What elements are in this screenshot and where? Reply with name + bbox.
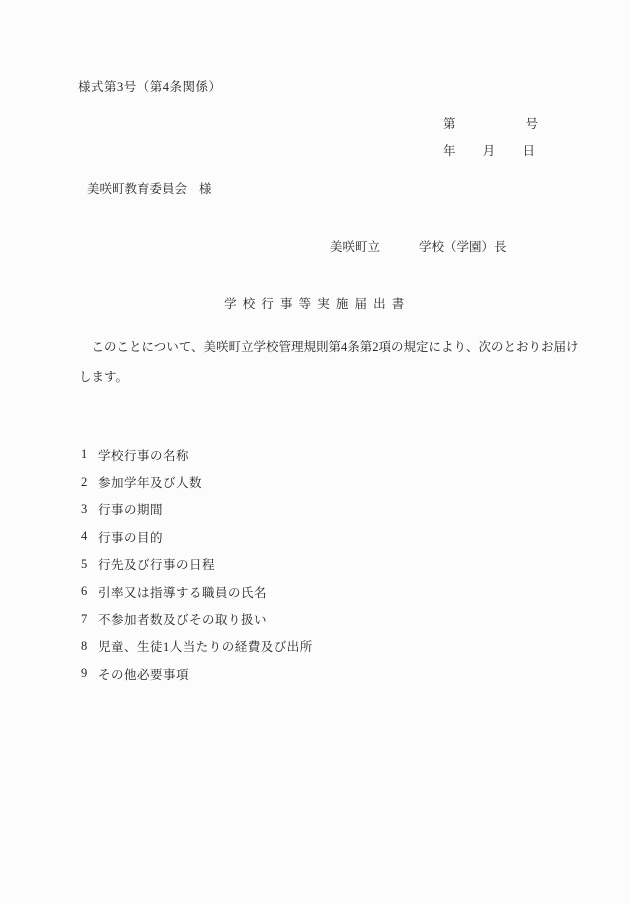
- item-number: 5: [81, 557, 98, 572]
- document-title: 学 校 行 事 等 実 施 届 出 書: [0, 294, 630, 312]
- list-item: 9 その他必要事項: [81, 660, 313, 687]
- doc-number-prefix: 第: [443, 114, 456, 132]
- sender-suffix: 学校（学園）長: [419, 237, 507, 255]
- item-label: 引率又は指導する職員の氏名: [98, 583, 267, 601]
- item-number: 3: [81, 502, 98, 517]
- item-number: 6: [81, 584, 98, 599]
- list-item: 3 行事の期間: [81, 496, 313, 523]
- addressee-line: 美咲町教育委員会 様: [87, 179, 212, 197]
- form-style-label: 様式第3号（第4条関係）: [78, 77, 222, 95]
- list-item: 2 参加学年及び人数: [81, 468, 313, 495]
- item-number: 9: [81, 666, 98, 681]
- body-paragraph: このことについて、美咲町立学校管理規則第4条第2項の規定により、次のとおりお届け…: [79, 332, 584, 392]
- list-item: 7 不参加者数及びその取り扱い: [81, 605, 313, 632]
- document-page: 様式第3号（第4条関係） 第 号 年 月 日 美咲町教育委員会 様 美咲町立 学…: [0, 0, 630, 903]
- item-number: 8: [81, 639, 98, 654]
- list-item: 4 行事の目的: [81, 523, 313, 550]
- item-number: 1: [81, 447, 98, 462]
- date-line: 年 月 日: [443, 141, 535, 159]
- doc-number-suffix: 号: [525, 114, 538, 132]
- date-year-label: 年: [443, 141, 456, 159]
- item-number: 2: [81, 475, 98, 490]
- sender-line: 美咲町立 学校（学園）長: [330, 237, 507, 255]
- list-item: 8 児童、生徒1人当たりの経費及び出所: [81, 633, 313, 660]
- list-item: 5 行先及び行事の日程: [81, 551, 313, 578]
- item-label: 行事の目的: [98, 528, 163, 546]
- item-label: 行事の期間: [98, 500, 163, 518]
- item-label: 行先及び行事の日程: [98, 555, 215, 573]
- list-item: 6 引率又は指導する職員の氏名: [81, 578, 313, 605]
- date-day-label: 日: [522, 141, 535, 159]
- item-label: 参加学年及び人数: [98, 473, 202, 491]
- addressee-name: 美咲町教育委員会: [87, 179, 187, 197]
- document-number-line: 第 号: [443, 114, 538, 132]
- addressee-honorific: 様: [199, 179, 212, 197]
- items-list: 1 学校行事の名称 2 参加学年及び人数 3 行事の期間 4 行事の目的 5 行…: [81, 441, 313, 688]
- date-month-label: 月: [483, 141, 496, 159]
- sender-prefix: 美咲町立: [330, 237, 380, 255]
- item-label: その他必要事項: [98, 665, 189, 683]
- item-number: 7: [81, 612, 98, 627]
- item-label: 不参加者数及びその取り扱い: [98, 610, 267, 628]
- item-label: 児童、生徒1人当たりの経費及び出所: [98, 637, 313, 655]
- item-label: 学校行事の名称: [98, 446, 189, 464]
- item-number: 4: [81, 529, 98, 544]
- list-item: 1 学校行事の名称: [81, 441, 313, 468]
